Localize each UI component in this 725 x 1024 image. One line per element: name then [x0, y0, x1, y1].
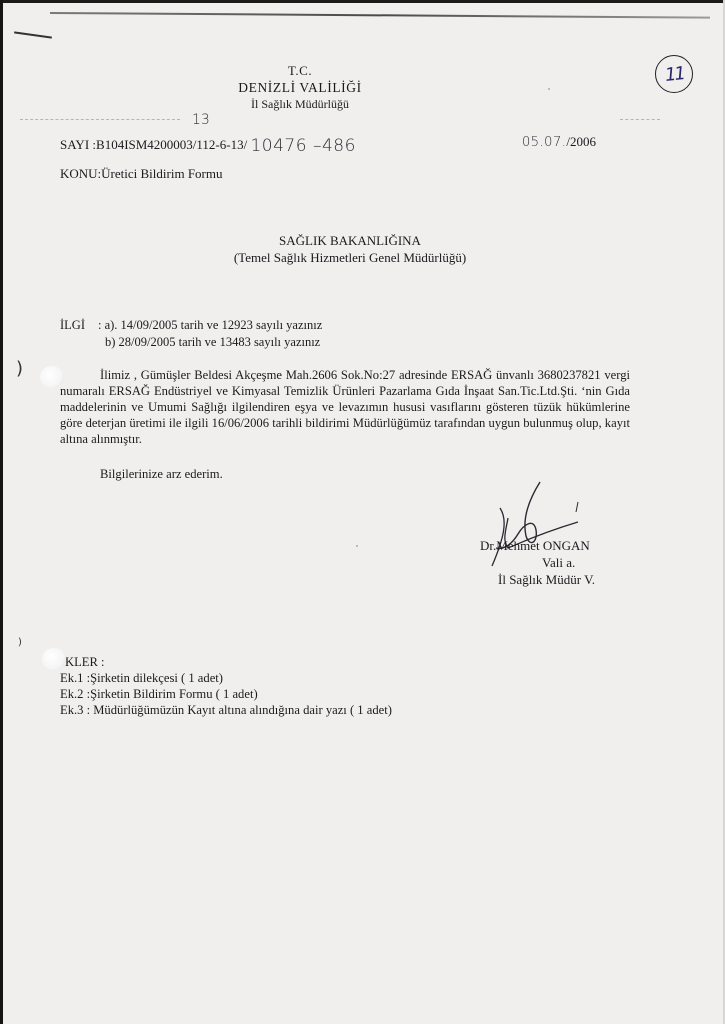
date-handwritten: 05.07.	[522, 135, 566, 150]
date-year: /2006	[566, 134, 596, 149]
subject-text: Üretici Bildirim Formu	[101, 166, 222, 181]
reference-printed: :B104ISM4200003/112-6-13/	[92, 137, 247, 152]
letterhead: T.C. DENİZLİ VALİLİĞİ İl Sağlık Müdürlüğ…	[230, 62, 370, 113]
letterhead-directorate: İl Sağlık Müdürlüğü	[230, 96, 370, 113]
handwritten-annotation: 13	[192, 112, 210, 128]
subject-label: KONU:	[60, 166, 101, 181]
enclosure-item-3: Ek.3 : Müdürlüğümüzün Kayıt altına alınd…	[60, 702, 392, 718]
reference-number: SAYI :B104ISM4200003/112-6-13/ 10476 –48…	[60, 134, 356, 154]
scan-mark	[14, 31, 52, 38]
enclosure-item-2: Ek.2 :Şirketin Bildirim Formu ( 1 adet)	[60, 686, 392, 702]
related-label: İLGİ	[60, 317, 98, 334]
enclosures-heading: KLER :	[60, 654, 392, 670]
reference-label: SAYI	[60, 137, 89, 152]
scan-border-top	[0, 0, 725, 3]
letter-body: İlimiz , Gümüşler Beldesi Akçeşme Mah.26…	[60, 367, 630, 447]
punch-hole	[42, 648, 66, 670]
speck	[548, 88, 550, 90]
related-item-a: : a). 14/09/2005 tarih ve 12923 sayılı y…	[98, 318, 322, 332]
margin-mark: )	[16, 358, 23, 379]
scan-line	[50, 12, 710, 19]
page-number: 11	[664, 63, 685, 86]
subject: KONU:Üretici Bildirim Formu	[60, 166, 223, 182]
body-paragraph: İlimiz , Gümüşler Beldesi Akçeşme Mah.26…	[60, 367, 630, 447]
letterhead-country: T.C.	[230, 62, 370, 79]
scan-dash-left	[20, 119, 180, 121]
recipient-ministry: SAĞLIK BAKANLIĞINA	[170, 232, 530, 249]
scan-dash-right	[620, 119, 660, 121]
letter-date: 05.07./2006	[522, 134, 596, 150]
recipient: SAĞLIK BAKANLIĞINA (Temel Sağlık Hizmetl…	[170, 232, 530, 266]
enclosures: KLER : Ek.1 :Şirketin dilekçesi ( 1 adet…	[60, 654, 392, 718]
related-item-b: b) 28/09/2005 tarih ve 13483 sayılı yazı…	[60, 334, 322, 351]
letterhead-governorship: DENİZLİ VALİLİĞİ	[230, 79, 370, 96]
signatory-block: Dr.Mehmet ONGAN Vali a. İl Sağlık Müdür …	[480, 537, 650, 588]
recipient-department: (Temel Sağlık Hizmetleri Genel Müdürlüğü…	[170, 249, 530, 266]
signatory-name: Dr.Mehmet ONGAN	[480, 537, 650, 554]
punch-hole	[40, 366, 64, 388]
reference-handwritten: 10476 –486	[250, 136, 355, 156]
signatory-title-1: Vali a.	[480, 554, 650, 571]
signatory-title-2: İl Sağlık Müdür V.	[480, 571, 650, 588]
speck	[356, 545, 358, 547]
margin-mark: )	[18, 637, 22, 648]
page-number-stamp: 11	[655, 55, 693, 93]
scan-border-left	[0, 0, 3, 1024]
related-references: İLGİ: a). 14/09/2005 tarih ve 12923 sayı…	[60, 317, 322, 351]
enclosure-item-1: Ek.1 :Şirketin dilekçesi ( 1 adet)	[60, 670, 392, 686]
closing-line: Bilgilerinize arz ederim.	[100, 467, 223, 482]
